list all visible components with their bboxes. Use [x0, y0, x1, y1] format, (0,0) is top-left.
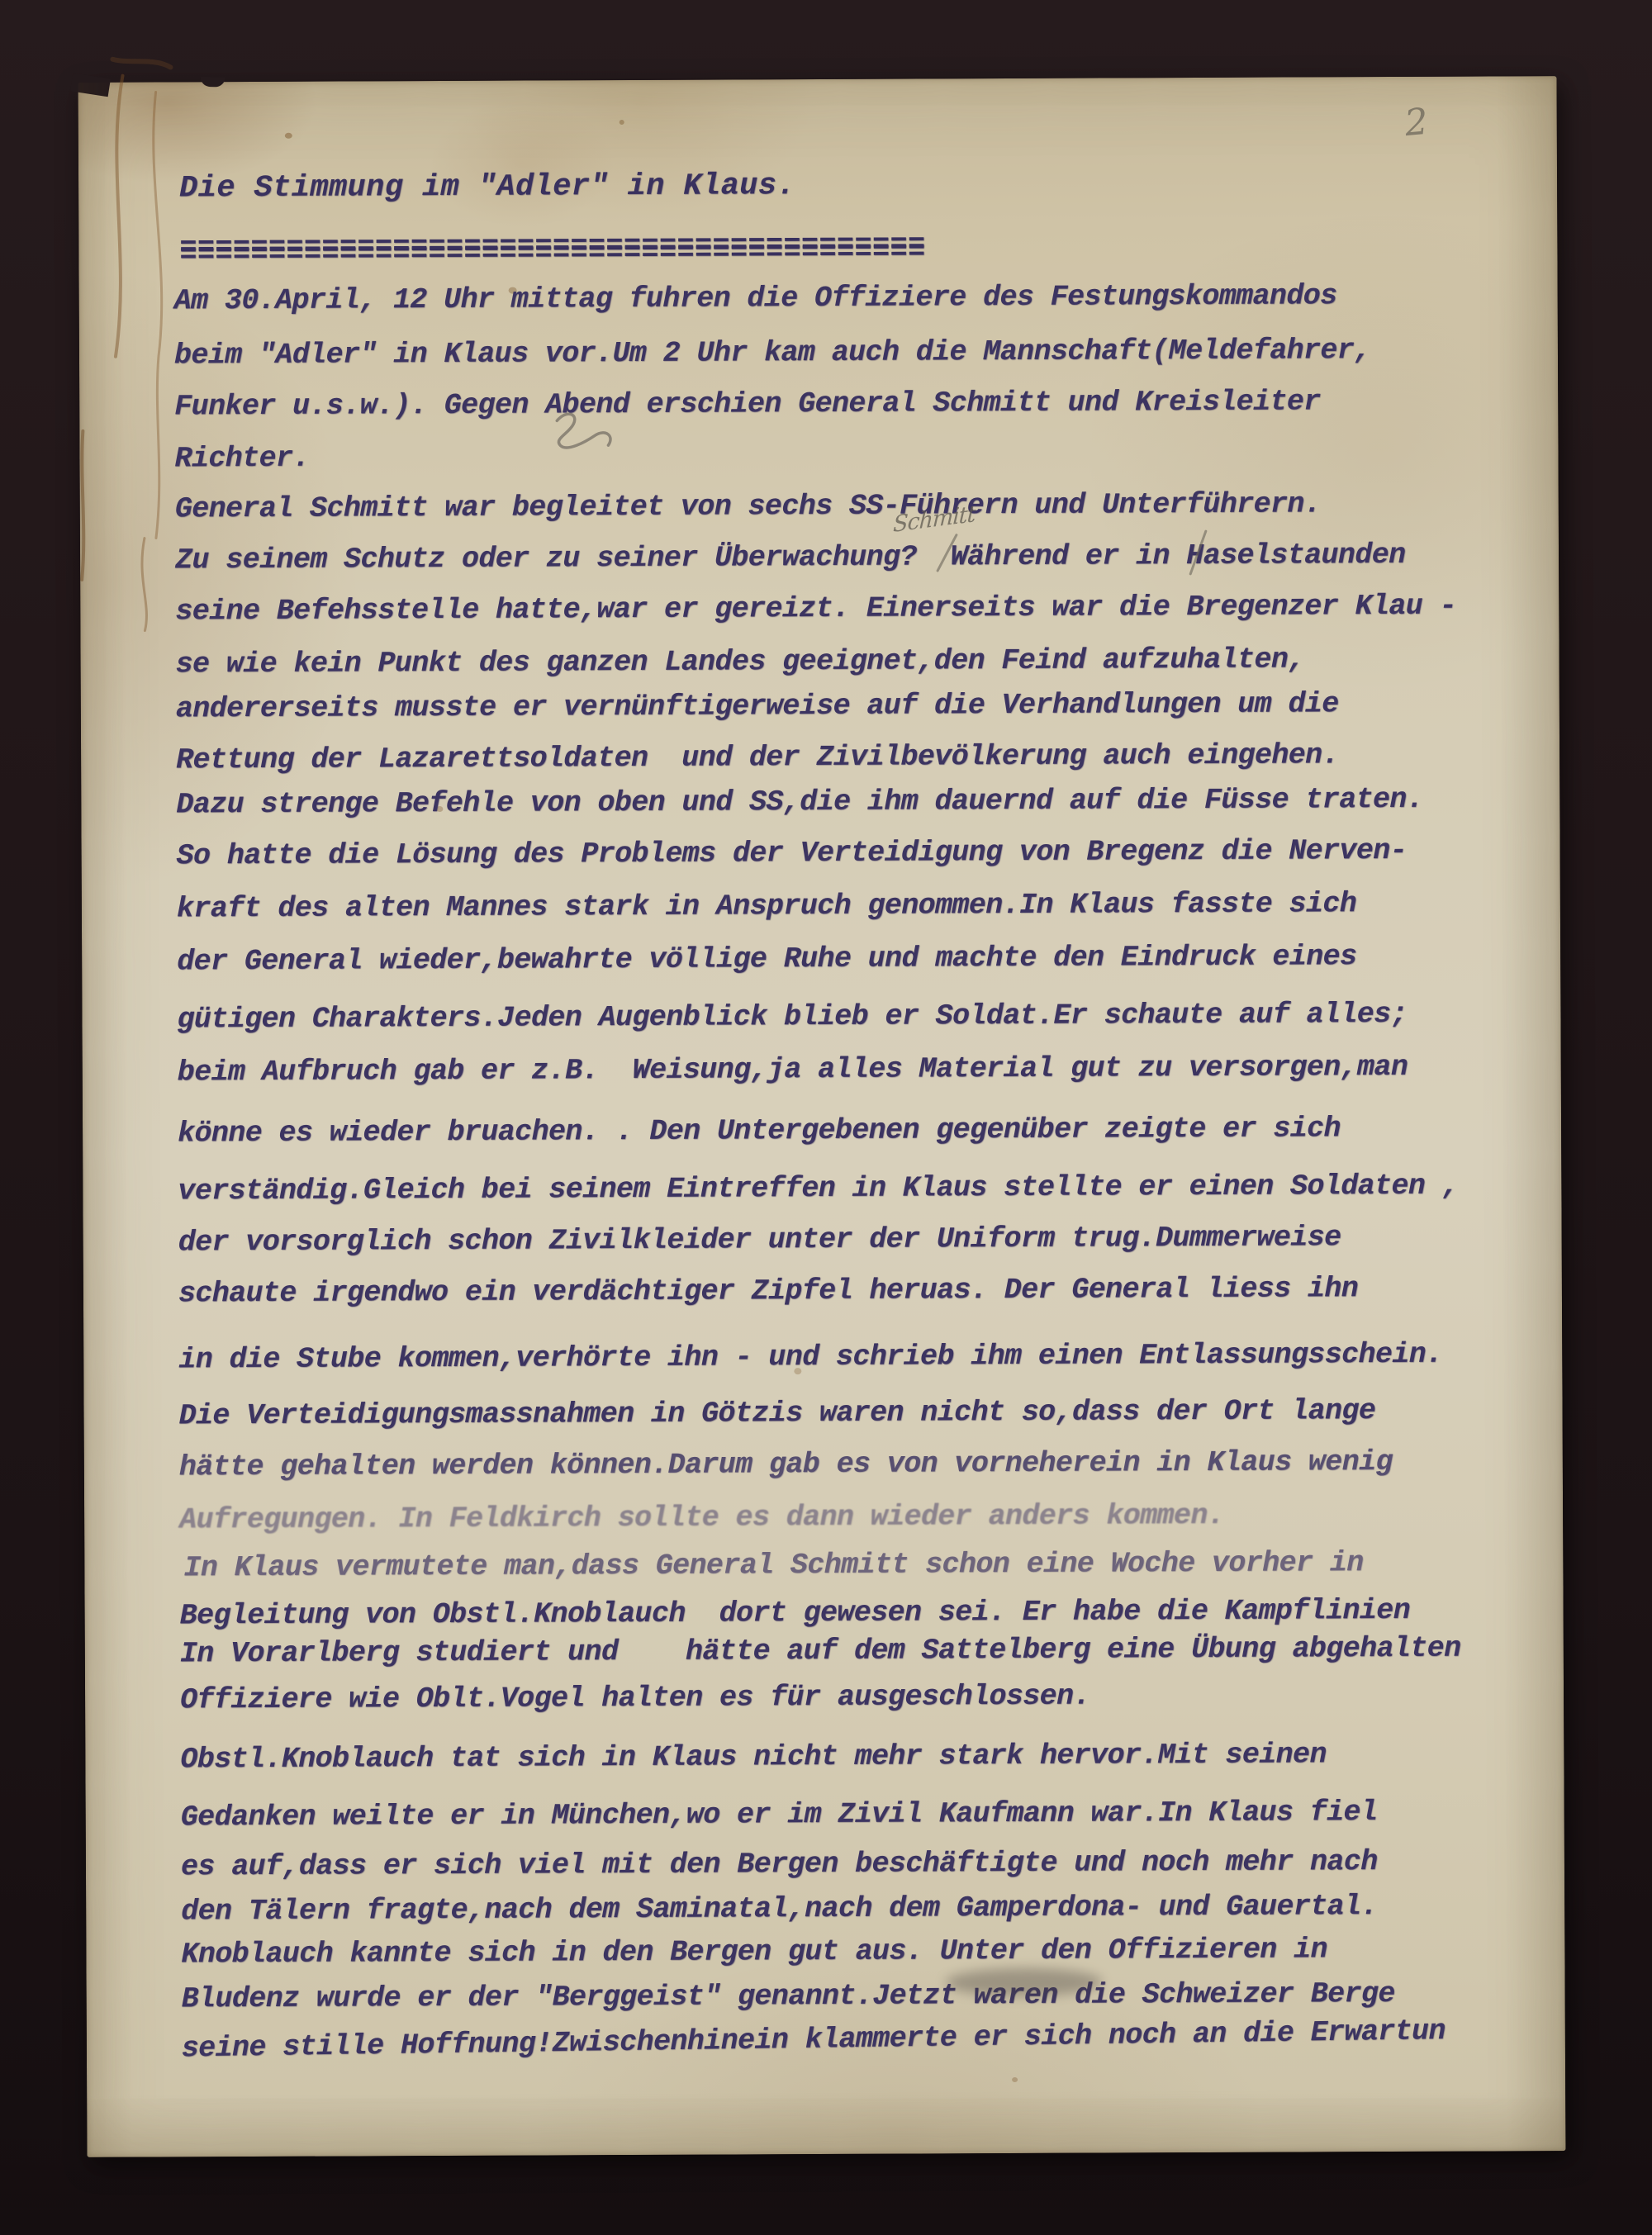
typewritten-line: In Klaus vermutete man,dass General Schm… [183, 1547, 1363, 1584]
scanned-document-photo: 2 Die Stimmung im "Adler" in Klaus. ====… [0, 0, 1652, 2235]
typewritten-line: Dazu strenge Befehle von oben und SS,die… [176, 784, 1423, 821]
typewritten-line: hätte gehalten werden können.Darum gab e… [179, 1446, 1393, 1483]
typewritten-line: Am 30.April, 12 Uhr mittag fuhren die Of… [174, 280, 1337, 317]
typewritten-line: So hatte die Lösung des Problems der Ver… [177, 835, 1408, 872]
typewritten-line: beim "Adler" in Klaus vor.Um 2 Uhr kam a… [174, 335, 1371, 372]
typewritten-line: Gedanken weilte er in München,wo er im Z… [181, 1796, 1378, 1834]
pencil-page-number: 2 [1403, 101, 1430, 145]
paper-speck [1012, 2077, 1018, 2082]
paper-sheet: 2 Die Stimmung im "Adler" in Klaus. ====… [78, 76, 1566, 2157]
typewritten-line: andererseits musste er vernünftigerweise… [176, 688, 1339, 725]
typewritten-line: Aufregungen. In Feldkirch sollte es dann… [179, 1500, 1224, 1536]
typewritten-line: Bludenz wurde er der "Berggeist" genannt… [182, 1978, 1395, 2015]
paper-speck [619, 120, 624, 125]
typewritten-line: der General wieder,bewahrte völlige Ruhe… [177, 941, 1356, 978]
typewritten-line: Rettung der Lazarettsoldaten und der Ziv… [176, 739, 1339, 776]
typewritten-line: Die Verteidigungsmassnahmen in Götzis wa… [178, 1395, 1375, 1432]
typewritten-line: könne es wieder bruachen. . Den Untergeb… [178, 1113, 1341, 1150]
paper-corner-tear [70, 73, 111, 97]
typewritten-line: gütigen Charakters.Jeden Augenblick blie… [177, 999, 1408, 1036]
typewritten-line: Richter. [174, 443, 309, 475]
typewritten-line: Offiziere wie Oblt.Vogel halten es für a… [180, 1681, 1090, 1716]
typewritten-line: seine Befehsstelle hatte,war er gereizt.… [175, 591, 1456, 628]
typewritten-line: Obstl.Knoblauch tat sich in Klaus nicht … [180, 1739, 1327, 1776]
page-title: Die Stimmung im "Adler" in Klaus. [179, 169, 795, 206]
typewritten-line: den Tälern fragte,nach dem Saminatal,nac… [181, 1891, 1378, 1928]
typewritten-line: seine stille Hoffnung!Zwischenhinein kla… [181, 2015, 1445, 2065]
typewritten-line: der vorsorglich schon Zivilkleider unter… [178, 1222, 1341, 1259]
typewritten-line: verständig.Gleich bei seinem Eintreffen … [178, 1170, 1459, 1208]
paper-speck [285, 133, 292, 139]
typewritten-line: se wie kein Punkt des ganzen Landes geei… [176, 643, 1305, 680]
typewritten-line: kraft des alten Mannes stark in Anspruch… [177, 888, 1356, 925]
typewritten-line: In Vorarlberg studiert und hätte auf dem… [180, 1633, 1461, 1670]
typewritten-line: es auf,dass er sich viel mit den Bergen … [181, 1846, 1378, 1883]
typewritten-line: beim Aufbruch gab er z.B. Weisung,ja all… [178, 1051, 1408, 1089]
paper-edge-notch [200, 77, 225, 88]
title-underline: ========================================… [179, 235, 925, 270]
typewritten-line: Knoblauch kannte sich in den Bergen gut … [181, 1934, 1327, 1971]
typewritten-line: Funker u.s.w.). Gegen Abend erschien Gen… [174, 386, 1321, 423]
typewritten-line: in die Stube kommen,verhörte ihn - und s… [178, 1339, 1442, 1376]
typewritten-line: Zu seinem Schutz oder zu seiner Überwach… [175, 539, 1406, 577]
typewritten-line: General Schmitt war begleitet von sechs … [175, 488, 1322, 525]
typewritten-line: schaute irgendwo ein verdächtiger Zipfel… [178, 1273, 1358, 1310]
typewritten-line: Begleitung von Obstl.Knoblauch dort gewe… [180, 1595, 1411, 1632]
